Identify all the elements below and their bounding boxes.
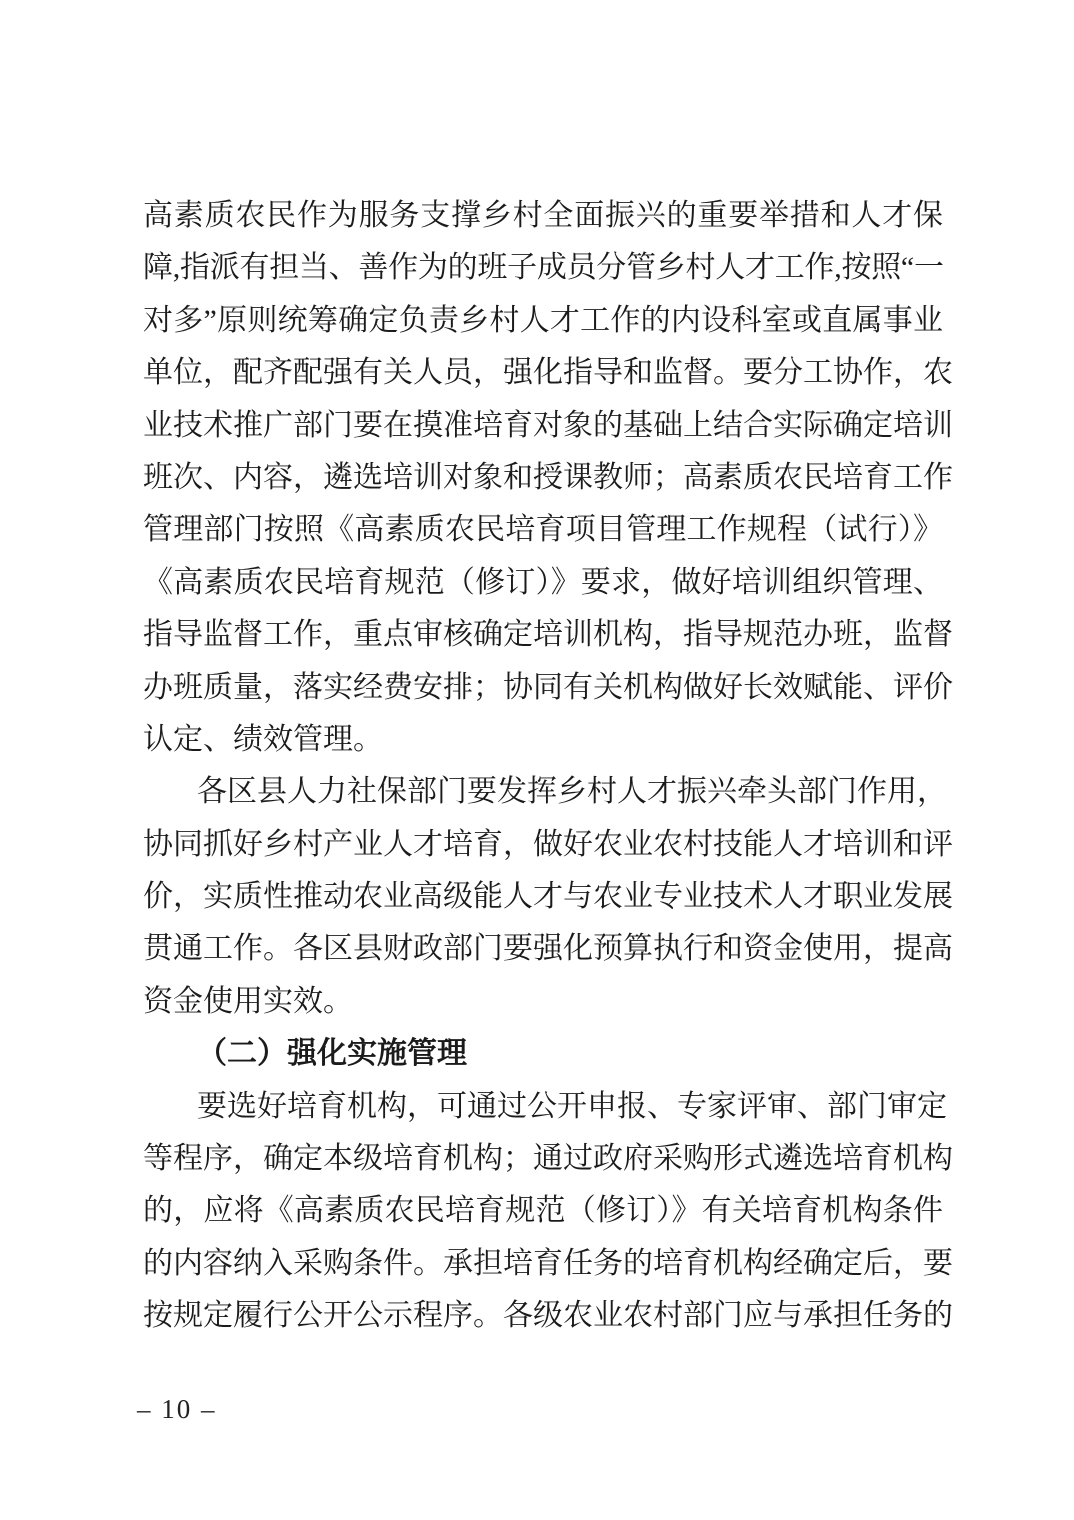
text-line-8: 《高素质农民培育规范（修订）》要求，做好培训组织管理、 [143,557,943,609]
text-line-1: 高素质农民作为服务支撑乡村全面振兴的重要举措和人才保 [143,190,943,242]
text-line-12-paragraph-start: 各区县人力社保部门要发挥乡村人才振兴牵头部门作用， [143,766,943,818]
text-line-19: 等程序，确定本级培育机构；通过政府采购形式遴选培育机构 [143,1133,943,1185]
text-line-18-paragraph-start: 要选好培育机构，可通过公开申报、专家评审、部门审定 [143,1081,943,1133]
text-line-13: 协同抓好乡村产业人才培育，做好农业农村技能人才培训和评 [143,819,943,871]
text-line-10: 办班质量，落实经费安排；协同有关机构做好长效赋能、评价 [143,662,943,714]
text-line-2: 障,指派有担当、善作为的班子成员分管乡村人才工作,按照“一 [143,242,943,294]
document-page: 高素质农民作为服务支撑乡村全面振兴的重要举措和人才保 障,指派有担当、善作为的班… [0,0,1074,1520]
text-line-7: 管理部门按照《高素质农民培育项目管理工作规程（试行）》 [143,504,943,556]
page-number: – 10 – [137,1392,217,1426]
section-heading: （二）强化实施管理 [143,1028,943,1080]
text-line-16-paragraph-end: 资金使用实效。 [143,976,943,1028]
text-line-14: 价，实质性推动农业高级能人才与农业专业技术人才职业发展 [143,871,943,923]
text-line-9: 指导监督工作，重点审核确定培训机构，指导规范办班，监督 [143,609,943,661]
text-line-5: 业技术推广部门要在摸准培育对象的基础上结合实际确定培训 [143,400,943,452]
text-line-20: 的，应将《高素质农民培育规范（修订）》有关培育机构条件 [143,1185,943,1237]
text-line-4: 单位，配齐配强有关人员，强化指导和监督。要分工协作，农 [143,347,943,399]
text-line-6: 班次、内容，遴选培训对象和授课教师；高素质农民培育工作 [143,452,943,504]
text-line-21: 的内容纳入采购条件。承担培育任务的培育机构经确定后，要 [143,1238,943,1290]
text-line-11-paragraph-end: 认定、绩效管理。 [143,714,943,766]
text-line-3: 对多”原则统筹确定负责乡村人才工作的内设科室或直属事业 [143,295,943,347]
text-line-22: 按规定履行公开公示程序。各级农业农村部门应与承担任务的 [143,1290,943,1342]
text-line-15: 贯通工作。各区县财政部门要强化预算执行和资金使用，提高 [143,923,943,975]
document-text-block: 高素质农民作为服务支撑乡村全面振兴的重要举措和人才保 障,指派有担当、善作为的班… [143,190,943,1343]
